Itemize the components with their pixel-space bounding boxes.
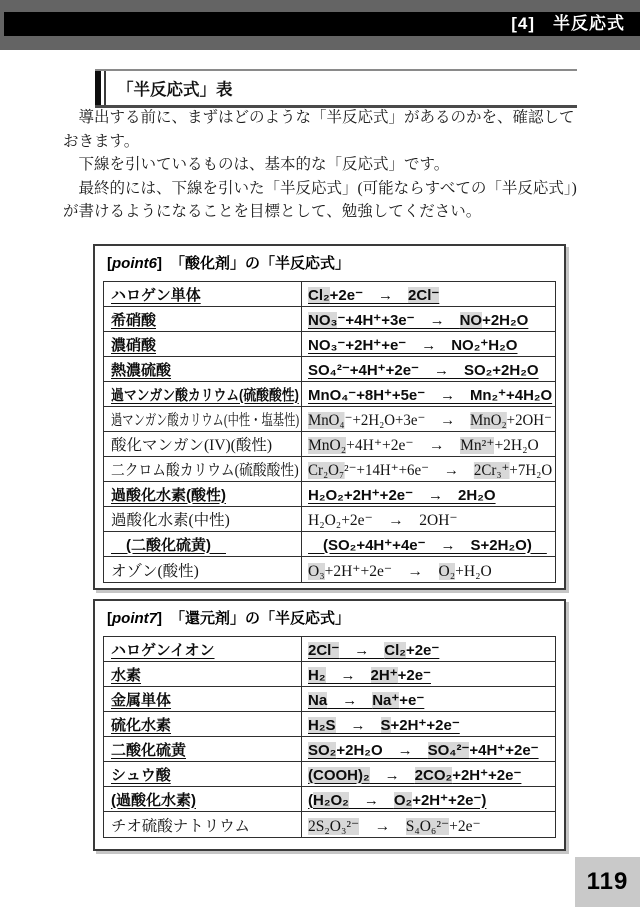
species-label-cell: (過酸化水素) bbox=[104, 787, 302, 811]
heading-accent-line bbox=[104, 71, 106, 105]
species-label-cell: シュウ酸 bbox=[104, 762, 302, 786]
highlighted-species: 2Cl⁻ bbox=[408, 287, 439, 304]
intro-paragraph-1: 導出する前に、まずはどのような「半反応式」があるのかを、確認しておきます。 bbox=[63, 106, 587, 153]
half-reaction-equation: O₃+2H⁺+2e⁻ → O₂+H₂O bbox=[308, 559, 492, 581]
species-label: 二クロム酸カリウム(硫酸酸性) bbox=[111, 458, 299, 480]
half-reaction-cell: NO₃⁻+2H⁺+e⁻ → NO₂⁺H₂O bbox=[302, 332, 555, 356]
highlighted-species: 2S₂O₃²⁻ bbox=[308, 818, 359, 835]
species-label-cell: オゾン(酸性) bbox=[104, 557, 302, 582]
equation-text: → bbox=[339, 642, 384, 659]
species-label: 二酸化硫黄 bbox=[111, 739, 186, 760]
table-row: (過酸化水素)(H₂O₂ → O₂+2H⁺+2e⁻) bbox=[104, 787, 555, 812]
equation-text: ²⁻+14H⁺+6e⁻ → bbox=[344, 462, 474, 479]
half-reaction-cell: O₃+2H⁺+2e⁻ → O₂+H₂O bbox=[302, 557, 555, 582]
half-reaction-equation: Cr₂O₇²⁻+14H⁺+6e⁻ → 2Cr₃⁺+7H₂O bbox=[308, 458, 552, 480]
point-table-title: [point7]「還元剤」の「半反応式」 bbox=[107, 609, 564, 629]
table-row: ハロゲン単体Cl₂+2e⁻ → 2Cl⁻ bbox=[104, 282, 555, 307]
table-row: オゾン(酸性)O₃+2H⁺+2e⁻ → O₂+H₂O bbox=[104, 557, 555, 582]
half-reaction-equation: H₂O₂+2H⁺+2e⁻ → 2H₂O bbox=[308, 484, 496, 505]
species-label: 希硝酸 bbox=[111, 309, 156, 330]
half-reaction-equation: Na → Na⁺+e⁻ bbox=[308, 689, 424, 710]
equation-text: ⁻+4H⁺+3e⁻ → bbox=[337, 312, 459, 329]
table-row: 金属単体Na → Na⁺+e⁻ bbox=[104, 687, 555, 712]
species-label-cell: 希硝酸 bbox=[104, 307, 302, 331]
equation-text: +H₂O bbox=[455, 563, 492, 580]
equation-text: H₂O₂+2H⁺+2e⁻ → 2H₂O bbox=[308, 487, 496, 504]
half-reaction-equation: (H₂O₂ → O₂+2H⁺+2e⁻) bbox=[308, 789, 486, 810]
half-reaction-cell: (COOH)₂ → 2CO₂+2H⁺+2e⁻ bbox=[302, 762, 555, 786]
highlighted-species: 2Cr₃⁺ bbox=[474, 462, 510, 479]
equation-text: → bbox=[359, 818, 406, 835]
table-row: 酸化マンガン(IV)(酸性)MnO₂+4H⁺+2e⁻ → Mn²⁺+2H₂O bbox=[104, 432, 555, 457]
half-reaction-cell: MnO₂+4H⁺+2e⁻ → Mn²⁺+2H₂O bbox=[302, 432, 555, 456]
equation-text: H₂O₂+2e⁻ → 2OH⁻ bbox=[308, 512, 458, 529]
equation-text: +2H⁺+2e⁻) bbox=[412, 792, 486, 809]
equation-text: +2H₂O bbox=[482, 312, 528, 329]
species-label: 熱濃硫酸 bbox=[111, 359, 171, 380]
section-heading: 「半反応式」表 bbox=[95, 69, 577, 108]
species-label: 過マンガン酸カリウム(硫酸酸性) bbox=[111, 384, 299, 405]
highlighted-species: SO₂ bbox=[308, 742, 336, 759]
highlighted-species: O₃ bbox=[308, 563, 325, 580]
half-reaction-cell: H₂O₂+2H⁺+2e⁻ → 2H₂O bbox=[302, 482, 555, 506]
half-reaction-cell: Na → Na⁺+e⁻ bbox=[302, 687, 555, 711]
table-row: 熱濃硫酸SO₄²⁻+4H⁺+2e⁻ → SO₂+2H₂O bbox=[104, 357, 555, 382]
highlighted-species: Na bbox=[308, 692, 327, 709]
equation-text: +2e⁻ bbox=[449, 818, 481, 835]
half-reaction-equation: H₂S → S+2H⁺+2e⁻ bbox=[308, 714, 460, 735]
half-reaction-cell: (SO₂+4H⁺+4e⁻ → S+2H₂O) bbox=[302, 532, 555, 556]
species-label-cell: チオ硫酸ナトリウム bbox=[104, 812, 302, 837]
table-row: 二酸化硫黄SO₂+2H₂O → SO₄²⁻+4H⁺+2e⁻ bbox=[104, 737, 555, 762]
equation-text: +e⁻ bbox=[399, 692, 424, 709]
bracket-close: ] bbox=[157, 610, 162, 627]
species-label-cell: 酸化マンガン(IV)(酸性) bbox=[104, 432, 302, 456]
highlighted-species: O₂ bbox=[394, 792, 412, 809]
table-row: チオ硫酸ナトリウム2S₂O₃²⁻ → S₄O₆²⁻+2e⁻ bbox=[104, 812, 555, 837]
table-row: 硫化水素H₂S → S+2H⁺+2e⁻ bbox=[104, 712, 555, 737]
intro-paragraphs: 導出する前に、まずはどのような「半反応式」があるのかを、確認しておきます。 下線… bbox=[63, 106, 587, 224]
half-reaction-cell: 2Cl⁻ → Cl₂+2e⁻ bbox=[302, 637, 555, 661]
table-row: 希硝酸NO₃⁻+4H⁺+3e⁻ → NO+2H₂O bbox=[104, 307, 555, 332]
half-reaction-equation: H₂O₂+2e⁻ → 2OH⁻ bbox=[308, 508, 458, 530]
equation-text: MnO₄⁻+8H⁺+5e⁻ → Mn₂⁺+4H₂O bbox=[308, 387, 552, 404]
half-reaction-cell: Cr₂O₇²⁻+14H⁺+6e⁻ → 2Cr₃⁺+7H₂O bbox=[302, 457, 555, 481]
half-reaction-equation: NO₃⁻+2H⁺+e⁻ → NO₂⁺H₂O bbox=[308, 334, 517, 355]
species-label-cell: (二酸化硫黄) bbox=[104, 532, 302, 556]
highlighted-species: Na⁺ bbox=[372, 692, 399, 709]
species-label: 過マンガン酸カリウム(中性・塩基性) bbox=[111, 408, 299, 430]
equation-text: +2H⁺+2e⁻ bbox=[452, 767, 521, 784]
highlighted-species: (COOH)₂ bbox=[308, 767, 370, 784]
species-label: シュウ酸 bbox=[111, 764, 171, 785]
highlighted-species: NO bbox=[460, 312, 483, 329]
species-label: (二酸化硫黄) bbox=[111, 534, 226, 555]
half-reaction-equation: 2Cl⁻ → Cl₂+2e⁻ bbox=[308, 639, 439, 660]
half-reaction-equation: NO₃⁻+4H⁺+3e⁻ → NO+2H₂O bbox=[308, 309, 528, 330]
half-reaction-equation: MnO₄⁻+8H⁺+5e⁻ → Mn₂⁺+4H₂O bbox=[308, 384, 552, 405]
species-label: 水素 bbox=[111, 664, 141, 685]
species-label-cell: 過マンガン酸カリウム(中性・塩基性) bbox=[104, 407, 302, 431]
chapter-title-bar: [4] 半反応式 bbox=[4, 12, 640, 36]
table-row: 過酸化水素(中性)H₂O₂+2e⁻ → 2OH⁻ bbox=[104, 507, 555, 532]
half-reaction-cell: 2S₂O₃²⁻ → S₄O₆²⁻+2e⁻ bbox=[302, 812, 555, 837]
half-reaction-equation: SO₄²⁻+4H⁺+2e⁻ → SO₂+2H₂O bbox=[308, 359, 539, 380]
equation-text: +2e⁻ → bbox=[330, 287, 408, 304]
highlighted-species: 2CO₂ bbox=[415, 767, 453, 784]
half-reaction-equation: 2S₂O₃²⁻ → S₄O₆²⁻+2e⁻ bbox=[308, 814, 481, 836]
half-reaction-equation: H₂ → 2H⁺+2e⁻ bbox=[308, 664, 431, 685]
half-reaction-equation: MnO₄⁻+2H₂O+3e⁻ → MnO₂+2OH⁻ bbox=[308, 408, 552, 430]
species-label-cell: 過酸化水素(酸性) bbox=[104, 482, 302, 506]
half-reaction-equation: (COOH)₂ → 2CO₂+2H⁺+2e⁻ bbox=[308, 764, 521, 785]
highlighted-species: Cl₂ bbox=[308, 287, 330, 304]
highlighted-species: H₂S bbox=[308, 717, 336, 734]
species-label: 金属単体 bbox=[111, 689, 171, 710]
highlighted-species: MnO₂ bbox=[308, 437, 346, 454]
highlighted-species: SO₄²⁻ bbox=[428, 742, 470, 759]
page-number: 119 bbox=[587, 868, 629, 896]
species-label-cell: 過マンガン酸カリウム(硫酸酸性) bbox=[104, 382, 302, 406]
species-label: 酸化マンガン(IV)(酸性) bbox=[111, 433, 272, 455]
bracket-close: ] bbox=[157, 255, 162, 272]
table-title: 「還元剤」の「半反応式」 bbox=[170, 610, 350, 627]
table-row: 濃硝酸NO₃⁻+2H⁺+e⁻ → NO₂⁺H₂O bbox=[104, 332, 555, 357]
species-label-cell: 濃硝酸 bbox=[104, 332, 302, 356]
highlighted-species: H₂O₂ bbox=[313, 792, 349, 809]
table-row: ハロゲンイオン2Cl⁻ → Cl₂+2e⁻ bbox=[104, 637, 555, 662]
equation-text: +2H⁺+2e⁻ bbox=[391, 717, 460, 734]
equation-text: → bbox=[349, 792, 394, 809]
species-label-cell: 硫化水素 bbox=[104, 712, 302, 736]
species-label: チオ硫酸ナトリウム bbox=[111, 814, 250, 836]
highlighted-species: Cr₂O₇ bbox=[308, 462, 344, 479]
species-label-cell: 金属単体 bbox=[104, 687, 302, 711]
section-title: 「半反応式」表 bbox=[117, 76, 233, 100]
table-row: 水素H₂ → 2H⁺+2e⁻ bbox=[104, 662, 555, 687]
equation-text: +2H₂O → bbox=[336, 742, 427, 759]
half-reaction-cell: Cl₂+2e⁻ → 2Cl⁻ bbox=[302, 282, 555, 306]
equation-text: +2e⁻ bbox=[398, 667, 431, 684]
intro-paragraph-3: 最終的には、下線を引いた「半反応式」(可能ならすべての「半反応式」)が書けるよう… bbox=[63, 177, 587, 224]
equation-text: +2e⁻ bbox=[406, 642, 439, 659]
half-reaction-equation: (SO₂+4H⁺+4e⁻ → S+2H₂O) bbox=[308, 534, 547, 555]
half-reaction-cell: H₂O₂+2e⁻ → 2OH⁻ bbox=[302, 507, 555, 531]
equation-text: NO₃⁻+2H⁺+e⁻ → NO₂⁺H₂O bbox=[308, 337, 517, 354]
half-reaction-cell: MnO₄⁻+8H⁺+5e⁻ → Mn₂⁺+4H₂O bbox=[302, 382, 555, 406]
species-label: (過酸化水素) bbox=[111, 789, 196, 810]
point-label: point6 bbox=[112, 255, 157, 272]
oxidizer-half-reaction-box: [point6]「酸化剤」の「半反応式」 ハロゲン単体Cl₂+2e⁻ → 2Cl… bbox=[93, 244, 566, 590]
point-table-title: [point6]「酸化剤」の「半反応式」 bbox=[107, 254, 564, 274]
species-label-cell: 水素 bbox=[104, 662, 302, 686]
table-row: 二クロム酸カリウム(硫酸酸性)Cr₂O₇²⁻+14H⁺+6e⁻ → 2Cr₃⁺+… bbox=[104, 457, 555, 482]
table-title: 「酸化剤」の「半反応式」 bbox=[170, 255, 350, 272]
half-reaction-cell: H₂S → S+2H⁺+2e⁻ bbox=[302, 712, 555, 736]
highlighted-species: O₂ bbox=[439, 563, 456, 580]
table-row: シュウ酸(COOH)₂ → 2CO₂+2H⁺+2e⁻ bbox=[104, 762, 555, 787]
half-reaction-cell: MnO₄⁻+2H₂O+3e⁻ → MnO₂+2OH⁻ bbox=[302, 407, 555, 431]
reaction-table: ハロゲン単体Cl₂+2e⁻ → 2Cl⁻希硝酸NO₃⁻+4H⁺+3e⁻ → NO… bbox=[103, 281, 556, 583]
half-reaction-cell: SO₄²⁻+4H⁺+2e⁻ → SO₂+2H₂O bbox=[302, 357, 555, 381]
half-reaction-cell: SO₂+2H₂O → SO₄²⁻+4H⁺+2e⁻ bbox=[302, 737, 555, 761]
equation-text: → bbox=[336, 717, 381, 734]
reducer-half-reaction-box: [point7]「還元剤」の「半反応式」 ハロゲンイオン2Cl⁻ → Cl₂+2… bbox=[93, 599, 566, 851]
highlighted-species: H₂ bbox=[308, 667, 326, 684]
species-label-cell: 過酸化水素(中性) bbox=[104, 507, 302, 531]
species-label: 過酸化水素(中性) bbox=[111, 508, 230, 530]
highlighted-species: Mn²⁺ bbox=[460, 437, 494, 454]
heading-accent-bar bbox=[95, 71, 101, 105]
highlighted-species: Cl₂ bbox=[384, 642, 406, 659]
species-label: 濃硝酸 bbox=[111, 334, 156, 355]
species-label: ハロゲンイオン bbox=[111, 639, 215, 660]
equation-text: → bbox=[326, 667, 371, 684]
species-label-cell: ハロゲンイオン bbox=[104, 637, 302, 661]
highlighted-species: MnO₄ bbox=[308, 412, 345, 429]
equation-text: → bbox=[327, 692, 372, 709]
species-label: 過酸化水素(酸性) bbox=[111, 484, 226, 505]
highlighted-species: S₄O₆²⁻ bbox=[406, 818, 449, 835]
table-row: 過マンガン酸カリウム(中性・塩基性)MnO₄⁻+2H₂O+3e⁻ → MnO₂+… bbox=[104, 407, 555, 432]
page-number-box: 119 bbox=[575, 857, 640, 907]
species-label: ハロゲン単体 bbox=[111, 284, 201, 305]
highlighted-species: 2H⁺ bbox=[371, 667, 398, 684]
equation-text: +2H⁺+2e⁻ → bbox=[325, 563, 439, 580]
half-reaction-equation: SO₂+2H₂O → SO₄²⁻+4H⁺+2e⁻ bbox=[308, 739, 539, 760]
half-reaction-equation: Cl₂+2e⁻ → 2Cl⁻ bbox=[308, 284, 439, 305]
half-reaction-equation: MnO₂+4H⁺+2e⁻ → Mn²⁺+2H₂O bbox=[308, 433, 539, 455]
species-label-cell: 二酸化硫黄 bbox=[104, 737, 302, 761]
equation-text: SO₄²⁻+4H⁺+2e⁻ → SO₂+2H₂O bbox=[308, 362, 539, 379]
chapter-title: [4] 半反応式 bbox=[511, 14, 625, 33]
equation-text: +4H⁺+2e⁻ → bbox=[346, 437, 460, 454]
species-label: オゾン(酸性) bbox=[111, 559, 199, 581]
species-label-cell: 熱濃硫酸 bbox=[104, 357, 302, 381]
highlighted-species: 2Cl⁻ bbox=[308, 642, 339, 659]
equation-text: ⁻+2H₂O+3e⁻ → bbox=[345, 412, 470, 429]
highlighted-species: S bbox=[381, 717, 391, 734]
highlighted-species: MnO₂ bbox=[470, 412, 507, 429]
half-reaction-cell: NO₃⁻+4H⁺+3e⁻ → NO+2H₂O bbox=[302, 307, 555, 331]
equation-text: +2H₂O bbox=[494, 437, 538, 454]
half-reaction-cell: (H₂O₂ → O₂+2H⁺+2e⁻) bbox=[302, 787, 555, 811]
species-label-cell: 二クロム酸カリウム(硫酸酸性) bbox=[104, 457, 302, 481]
equation-text: +4H⁺+2e⁻ bbox=[469, 742, 538, 759]
intro-paragraph-2: 下線を引いているものは、基本的な「反応式」です。 bbox=[63, 153, 587, 177]
highlighted-species: NO₃ bbox=[308, 312, 337, 329]
reaction-table: ハロゲンイオン2Cl⁻ → Cl₂+2e⁻水素H₂ → 2H⁺+2e⁻金属単体N… bbox=[103, 636, 556, 838]
half-reaction-cell: H₂ → 2H⁺+2e⁻ bbox=[302, 662, 555, 686]
equation-text: +2OH⁻ bbox=[507, 412, 552, 429]
equation-text: → bbox=[370, 767, 415, 784]
chapter-header-band: [4] 半反応式 bbox=[0, 0, 640, 50]
equation-text: (SO₂+4H⁺+4e⁻ → S+2H₂O) bbox=[308, 537, 547, 554]
table-row: 過酸化水素(酸性)H₂O₂+2H⁺+2e⁻ → 2H₂O bbox=[104, 482, 555, 507]
table-row: (二酸化硫黄) (SO₂+4H⁺+4e⁻ → S+2H₂O) bbox=[104, 532, 555, 557]
species-label-cell: ハロゲン単体 bbox=[104, 282, 302, 306]
species-label: 硫化水素 bbox=[111, 714, 171, 735]
table-row: 過マンガン酸カリウム(硫酸酸性)MnO₄⁻+8H⁺+5e⁻ → Mn₂⁺+4H₂… bbox=[104, 382, 555, 407]
equation-text: +7H₂O bbox=[509, 462, 552, 479]
point-label: point7 bbox=[112, 610, 157, 627]
